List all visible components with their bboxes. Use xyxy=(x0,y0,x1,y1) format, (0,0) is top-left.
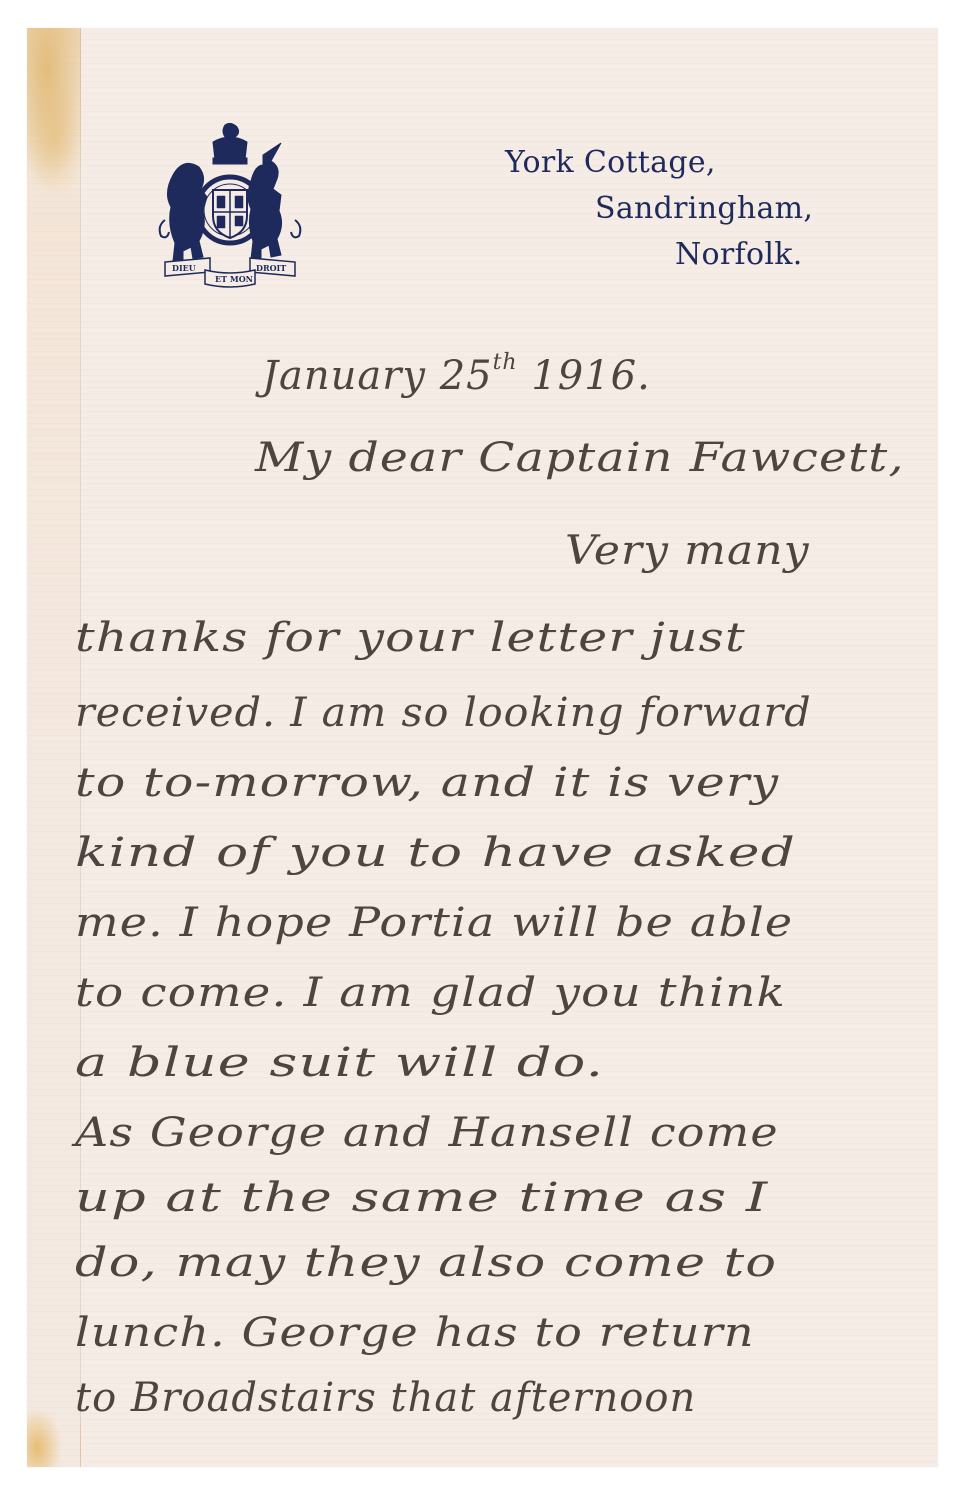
royal-coat-of-arms-icon: DIEU DROIT ET MON xyxy=(155,120,305,295)
letterhead-address: York Cottage, Sandringham, Norfolk. xyxy=(505,140,813,278)
body-line: Very many xyxy=(565,528,810,574)
address-line-3: Norfolk. xyxy=(675,232,813,278)
body-line: thanks for your letter just xyxy=(75,615,746,661)
body-line: As George and Hansell come xyxy=(75,1110,779,1156)
address-line-1: York Cottage, xyxy=(505,140,813,186)
body-line: to to-morrow, and it is very xyxy=(75,760,779,806)
foxed-left-edge xyxy=(27,28,81,1467)
date-year: 1916. xyxy=(531,353,651,399)
body-line: me. I hope Portia will be able xyxy=(75,900,793,946)
body-line: received. I am so looking forward xyxy=(75,690,812,736)
body-line: up at the same time as I xyxy=(75,1175,769,1221)
motto-right-text: DROIT xyxy=(256,263,286,273)
body-line: to Broadstairs that afternoon xyxy=(75,1375,696,1421)
date-month-day: January 25 xyxy=(262,353,493,399)
date-suffix: th xyxy=(493,350,518,375)
body-line: to come. I am glad you think xyxy=(75,970,786,1016)
body-line: kind of you to have asked xyxy=(75,830,796,876)
body-line: lunch. George has to return xyxy=(75,1310,755,1356)
letter-date: January 25th 1916. xyxy=(262,350,651,399)
salutation: My dear Captain Fawcett, xyxy=(255,435,905,481)
motto-left-text: DIEU xyxy=(172,263,196,273)
motto-center-text: ET MON xyxy=(215,274,253,284)
address-line-2: Sandringham, xyxy=(595,186,813,232)
body-line: a blue suit will do. xyxy=(75,1040,604,1086)
body-line: do, may they also come to xyxy=(75,1240,777,1286)
